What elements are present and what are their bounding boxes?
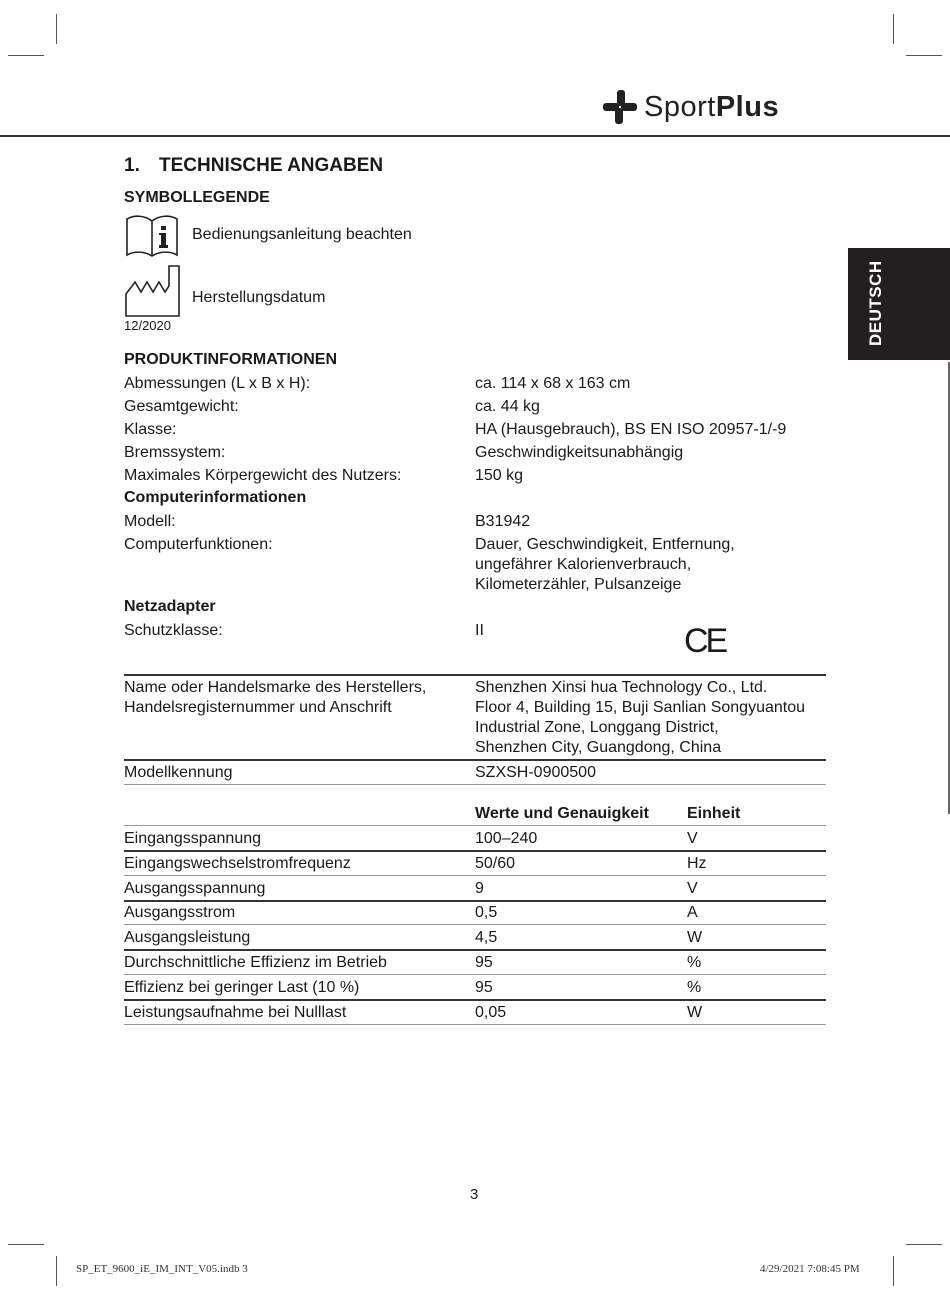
product-info-heading: PRODUKTINFORMATIONEN xyxy=(124,351,337,369)
table-rule xyxy=(124,974,826,975)
column-header-values: Werte und Genauigkeit xyxy=(475,804,649,824)
spec-value-line: Floor 4, Building 15, Buji Sanlian Songy… xyxy=(475,698,805,718)
spec-value-line: Shenzhen Xinsi hua Technology Co., Ltd. xyxy=(475,678,767,698)
row-value: 95 xyxy=(475,978,493,998)
row-label: Ausgangsleistung xyxy=(124,928,250,948)
row-unit: % xyxy=(687,953,701,973)
manufacture-date-icon xyxy=(124,264,182,318)
row-value: 100–240 xyxy=(475,829,537,849)
table-rule xyxy=(124,759,826,761)
crop-mark xyxy=(893,1256,894,1286)
crop-mark xyxy=(56,14,57,44)
spec-key: Modell: xyxy=(124,512,176,532)
language-tab xyxy=(848,248,950,360)
row-label: Durchschnittliche Effizienz im Betrieb xyxy=(124,953,387,973)
crop-mark xyxy=(893,14,894,44)
language-tab-label: DEUTSCH xyxy=(866,260,886,346)
manufacture-date: 12/2020 xyxy=(124,318,171,333)
spec-value: ca. 114 x 68 x 163 cm xyxy=(475,374,630,394)
spec-value-line: ungefährer Kalorienverbrauch, xyxy=(475,555,691,575)
row-unit: W xyxy=(687,928,702,948)
row-value: 9 xyxy=(475,879,484,899)
spec-key-line: Handelsregisternummer und Anschrift xyxy=(124,698,392,718)
crop-mark xyxy=(906,55,942,56)
row-label: Eingangswechselstromfrequenz xyxy=(124,854,351,874)
spec-value: 150 kg xyxy=(475,466,523,486)
spec-value: II xyxy=(475,621,484,641)
table-rule xyxy=(124,784,826,785)
row-value: 4,5 xyxy=(475,928,497,948)
computer-info-heading: Computerinformationen xyxy=(124,489,306,507)
row-value: 0,5 xyxy=(475,903,497,923)
table-rule xyxy=(124,999,826,1001)
symbol-legend-heading: SYMBOLLEGENDE xyxy=(124,189,270,207)
row-unit: A xyxy=(687,903,698,923)
brand-name-light: Sport xyxy=(644,91,716,123)
row-unit: V xyxy=(687,829,698,849)
section-title-text: TECHNISCHE ANGABEN xyxy=(159,155,383,176)
spec-key: Maximales Körpergewicht des Nutzers: xyxy=(124,466,401,486)
spec-key: Schutzklasse: xyxy=(124,621,223,641)
spec-value-line: Kilometerzähler, Pulsanzeige xyxy=(475,575,681,595)
spec-key: Klasse: xyxy=(124,420,176,440)
row-label: Effizienz bei geringer Last (10 %) xyxy=(124,978,359,998)
ce-mark-icon: CE xyxy=(684,622,725,661)
spec-key-line: Name oder Handelsmarke des Herstellers, xyxy=(124,678,426,698)
spec-value-line: Dauer, Geschwindigkeit, Entfernung, xyxy=(475,535,735,555)
symbol-label-manual: Bedienungsanleitung beachten xyxy=(192,226,412,244)
spec-value: ca. 44 kg xyxy=(475,397,540,417)
table-rule xyxy=(124,850,826,852)
brand-name: SportPlus xyxy=(644,91,779,124)
row-label: Ausgangsstrom xyxy=(124,903,235,923)
table-rule xyxy=(124,875,826,876)
spec-value: SZXSH-0900500 xyxy=(475,763,596,783)
spec-value-line: Shenzhen City, Guangdong, China xyxy=(475,738,721,758)
brand-name-bold: Plus xyxy=(716,91,779,123)
row-unit: Hz xyxy=(687,854,707,874)
spec-key: Modellkennung xyxy=(124,763,233,783)
spec-key: Computerfunktionen: xyxy=(124,535,273,555)
row-value: 0,05 xyxy=(475,1003,506,1023)
table-rule xyxy=(124,900,826,902)
spec-value: B31942 xyxy=(475,512,530,532)
section-number: 1. xyxy=(124,155,159,177)
crop-mark xyxy=(8,1244,44,1245)
row-label: Eingangsspannung xyxy=(124,829,261,849)
sportplus-cross-icon xyxy=(602,88,638,126)
table-rule xyxy=(124,825,826,826)
table-rule xyxy=(124,924,826,925)
crop-mark xyxy=(906,1244,942,1245)
column-header-unit: Einheit xyxy=(687,804,740,824)
table-rule xyxy=(124,949,826,951)
slug-timestamp: 4/29/2021 7:08:45 PM xyxy=(760,1263,860,1275)
table-rule xyxy=(124,1024,826,1025)
spec-value-line: Industrial Zone, Longgang District, xyxy=(475,718,719,738)
power-adapter-heading: Netzadapter xyxy=(124,598,216,616)
header-rule xyxy=(0,135,950,137)
row-label: Leistungsaufnahme bei Nulllast xyxy=(124,1003,346,1023)
spec-value: HA (Hausgebrauch), BS EN ISO 20957-1/-9 xyxy=(475,420,786,440)
row-value: 95 xyxy=(475,953,493,973)
table-rule xyxy=(124,674,826,676)
spec-key: Abmessungen (L x B x H): xyxy=(124,374,310,394)
row-unit: W xyxy=(687,1003,702,1023)
sportplus-logo: SportPlus xyxy=(602,88,779,126)
spec-key: Gesamtgewicht: xyxy=(124,397,239,417)
symbol-label-manufacture-date: Herstellungsdatum xyxy=(192,289,325,307)
slug-filename: SP_ET_9600_iE_IM_INT_V05.indb 3 xyxy=(76,1263,248,1275)
crop-mark xyxy=(8,55,44,56)
row-unit: % xyxy=(687,978,701,998)
row-value: 50/60 xyxy=(475,854,515,874)
spec-value: Geschwindigkeitsunabhängig xyxy=(475,443,683,463)
row-label: Ausgangsspannung xyxy=(124,879,265,899)
row-unit: V xyxy=(687,879,698,899)
page-number: 3 xyxy=(470,1186,478,1203)
spec-key: Bremssystem: xyxy=(124,443,225,463)
crop-mark xyxy=(56,1256,57,1286)
section-title: 1.TECHNISCHE ANGABEN xyxy=(124,155,383,177)
manual-info-icon xyxy=(124,213,180,257)
